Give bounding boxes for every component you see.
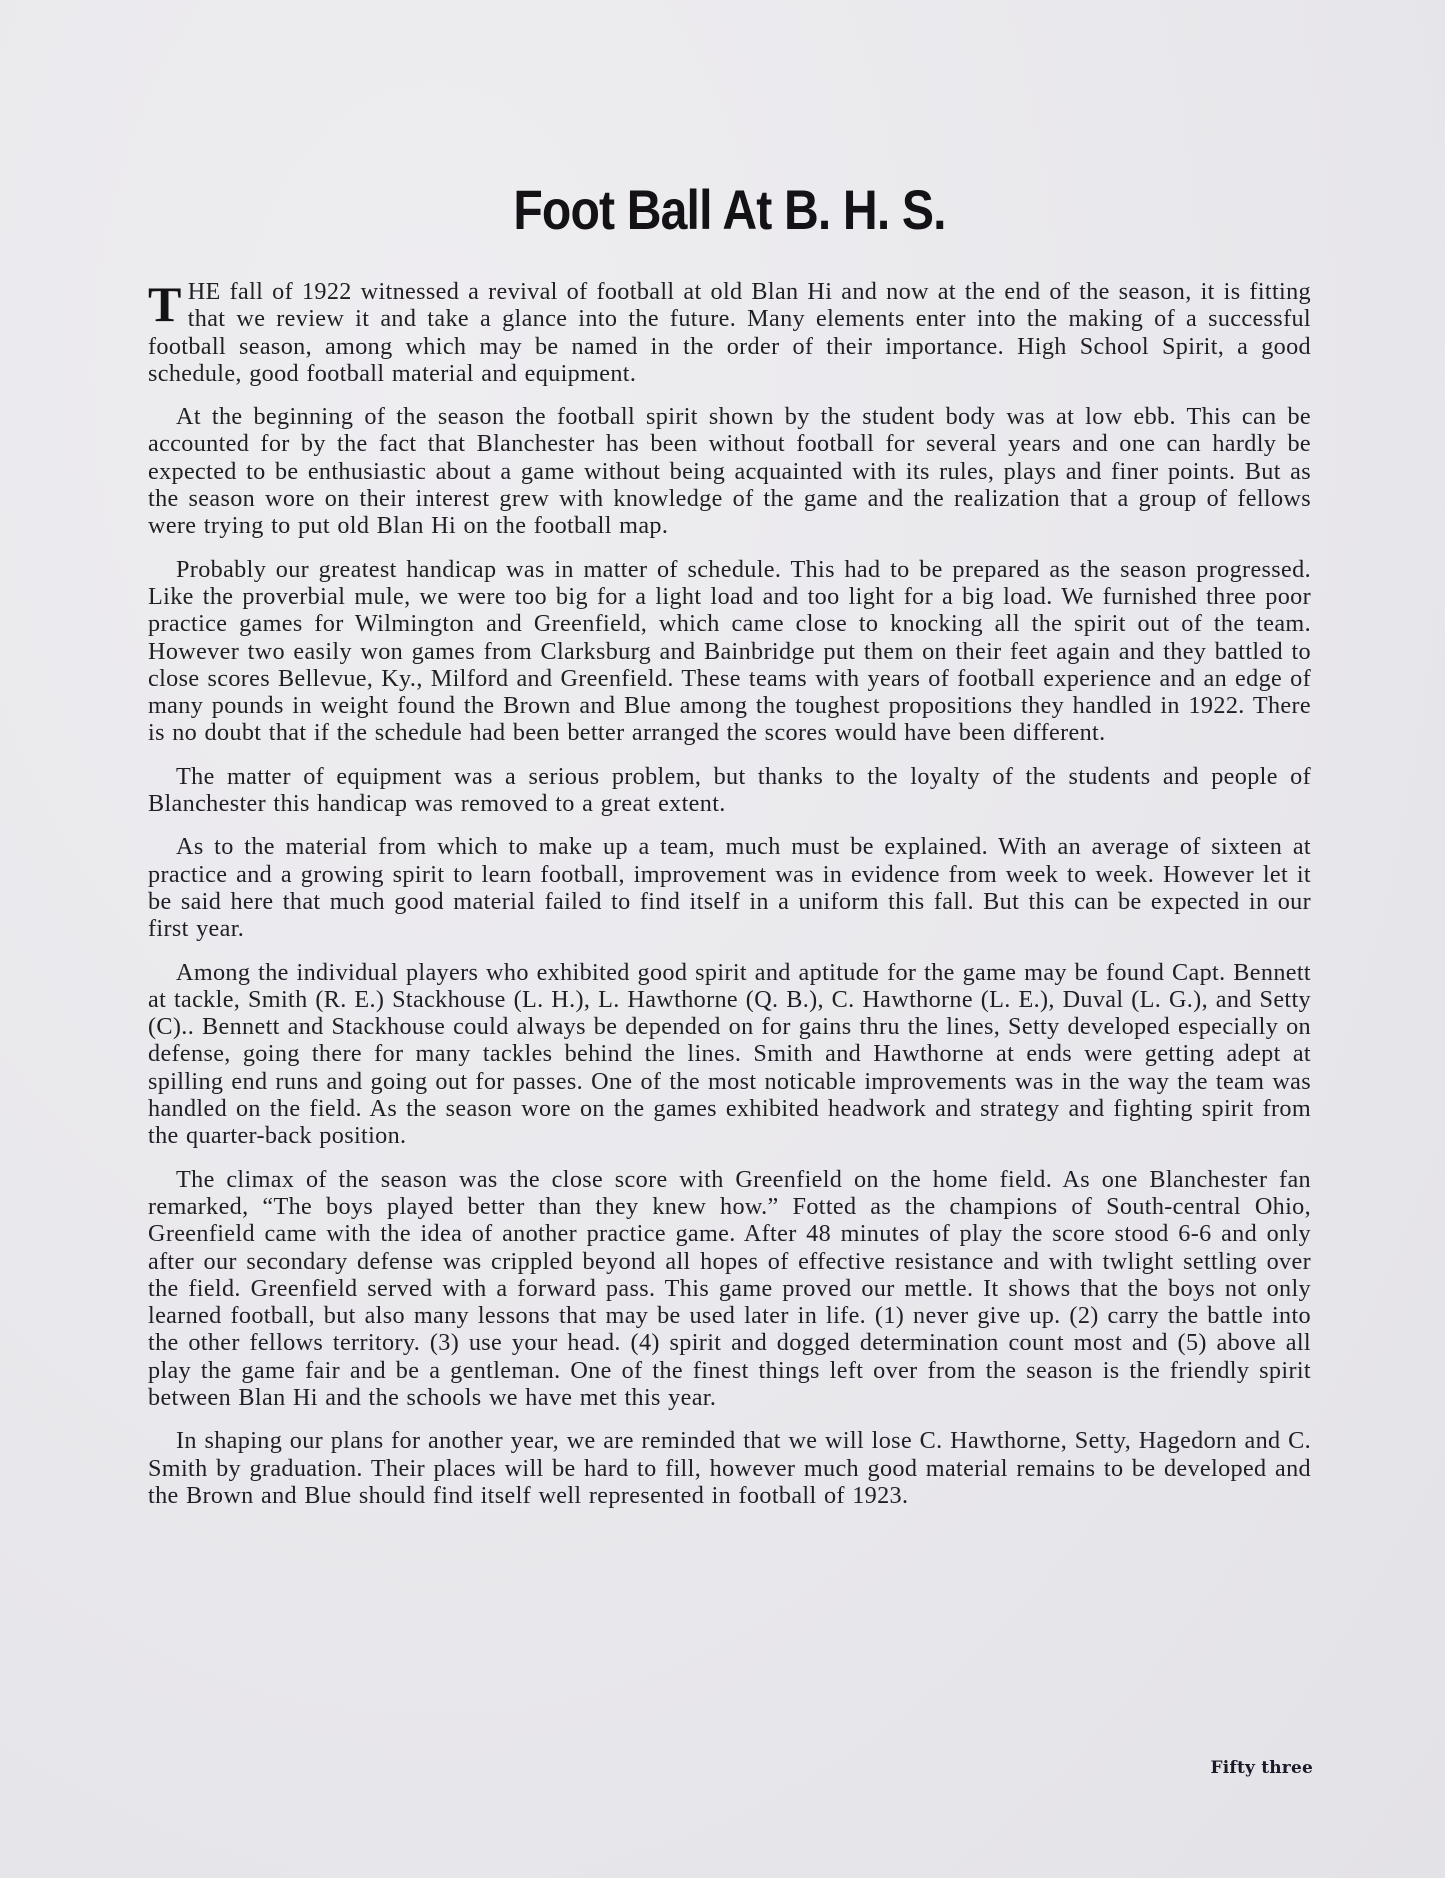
article: Foot Ball At B. H. S. THE fall of 1922 w… <box>148 170 1311 1525</box>
paragraph-material: As to the material from which to make up… <box>148 833 1311 942</box>
paragraph-players: Among the individual players who exhibit… <box>148 959 1311 1150</box>
paragraph-future: In shaping our plans for another year, w… <box>148 1427 1311 1509</box>
paragraph-schedule: Probably our greatest handicap was in ma… <box>148 556 1311 747</box>
page-title: Foot Ball At B. H. S. <box>229 170 1229 250</box>
paragraph-climax: The climax of the season was the close s… <box>148 1166 1311 1412</box>
paragraph-intro: THE fall of 1922 witnessed a revival of … <box>148 278 1311 387</box>
drop-cap: T <box>148 282 182 326</box>
paragraph-spirit: At the beginning of the season the footb… <box>148 403 1311 539</box>
page-number: Fifty three <box>1211 1758 1314 1778</box>
paragraph-equipment: The matter of equipment was a serious pr… <box>148 763 1311 818</box>
paragraph-intro-text: HE fall of 1922 witnessed a revival of f… <box>148 278 1311 387</box>
